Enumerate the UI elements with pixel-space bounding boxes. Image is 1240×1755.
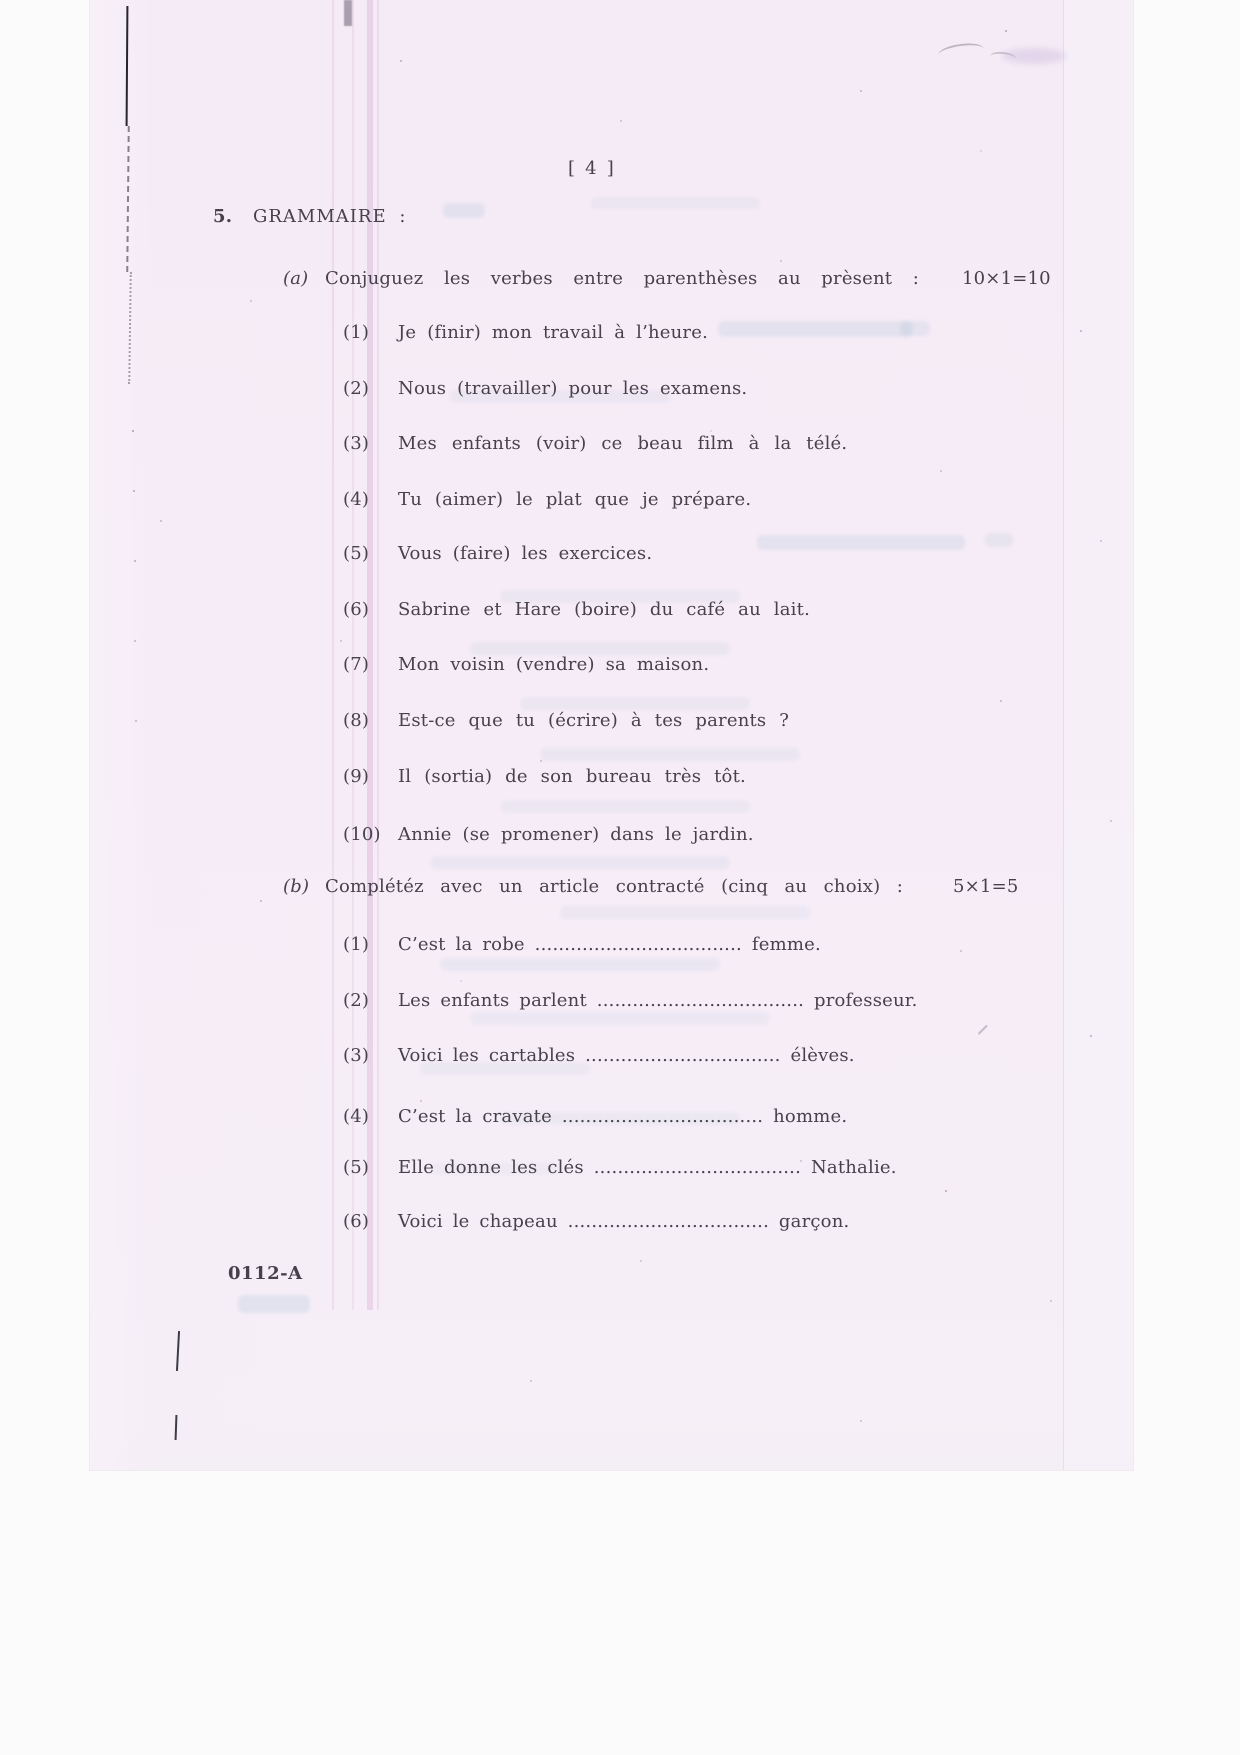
item-number: (3) [343, 431, 369, 457]
item-number: (3) [343, 1043, 369, 1069]
item-number: (7) [343, 652, 369, 678]
item-text: Vous (faire) les exercices. [398, 541, 652, 567]
item-text: Est-ce que tu (écrire) à tes parents ? [398, 708, 789, 734]
question-number: 5. [213, 204, 232, 230]
part-a-instruction: Conjuguez les verbes entre parenthèses a… [325, 266, 919, 292]
item-number: (4) [343, 1104, 369, 1130]
part-b-instruction: Complétéz avec un article contracté (cin… [325, 874, 903, 900]
item-number: (1) [343, 320, 369, 346]
dust-specks [100, 0, 102, 2]
page-number: [ 4 ] [545, 156, 637, 182]
item-text: Nous (travailler) pour les examens. [398, 376, 747, 402]
fold-streak [332, 0, 334, 1310]
ghost-showthrough [757, 535, 965, 550]
ghost-showthrough [500, 800, 750, 813]
ink-scratch-dots [131, 400, 133, 402]
scan-light-band [1063, 0, 1133, 1470]
item-number: (1) [343, 932, 369, 958]
paper-smudge [1002, 48, 1066, 64]
item-text: Sabrine et Hare (boire) du café au lait. [398, 597, 810, 623]
item-text: Il (sortia) de son bureau très tôt. [398, 764, 746, 790]
item-number: (5) [343, 541, 369, 567]
item-text: Annie (se promener) dans le jardin. [398, 822, 754, 848]
item-text: Les enfants parlent ....................… [398, 988, 918, 1014]
fold-streak [377, 0, 379, 1310]
scan-streak [1063, 0, 1064, 1470]
item-number: (6) [343, 1209, 369, 1235]
part-a-marks: 10×1=10 [962, 266, 1051, 292]
ghost-showthrough [440, 958, 720, 971]
item-number: (5) [343, 1155, 369, 1181]
ghost-showthrough [900, 321, 930, 336]
item-number: (8) [343, 708, 369, 734]
item-text: Je (finir) mon travail à l’heure. [398, 320, 708, 346]
ghost-showthrough [443, 203, 485, 218]
ghost-showthrough [430, 856, 730, 869]
part-b-marks: 5×1=5 [953, 874, 1019, 900]
item-number: (2) [343, 988, 369, 1014]
item-number: (2) [343, 376, 369, 402]
item-text: Tu (aimer) le plat que je prépare. [398, 487, 751, 513]
fold-dark-tick [344, 0, 352, 26]
item-number: (4) [343, 487, 369, 513]
item-number: (6) [343, 597, 369, 623]
paper-sheet [90, 0, 1133, 1470]
item-text: Mes enfants (voir) ce beau film à la tél… [398, 431, 847, 457]
paper-code: 0112-A [228, 1261, 303, 1287]
item-text: Mon voisin (vendre) sa maison. [398, 652, 709, 678]
item-number: (10) [343, 822, 381, 848]
scanned-exam-page: [ 4 ] 5. GRAMMAIRE : (a) Conjuguez les v… [0, 0, 1240, 1755]
item-number: (9) [343, 764, 369, 790]
item-text: Voici le chapeau .......................… [398, 1209, 849, 1235]
ghost-showthrough [590, 197, 760, 209]
item-text: Voici les cartables ....................… [398, 1043, 855, 1069]
item-text: Elle donne les clés ....................… [398, 1155, 897, 1181]
ghost-showthrough [560, 906, 810, 919]
item-text: C’est la cravate .......................… [398, 1104, 847, 1130]
ghost-showthrough [540, 748, 800, 761]
question-title: GRAMMAIRE : [253, 204, 406, 230]
ghost-showthrough [718, 321, 913, 337]
item-text: C’est la robe ..........................… [398, 932, 821, 958]
part-a-label: (a) [283, 266, 308, 292]
part-b-label: (b) [283, 874, 309, 900]
ghost-showthrough-pto [238, 1295, 310, 1313]
ghost-showthrough [985, 533, 1013, 547]
